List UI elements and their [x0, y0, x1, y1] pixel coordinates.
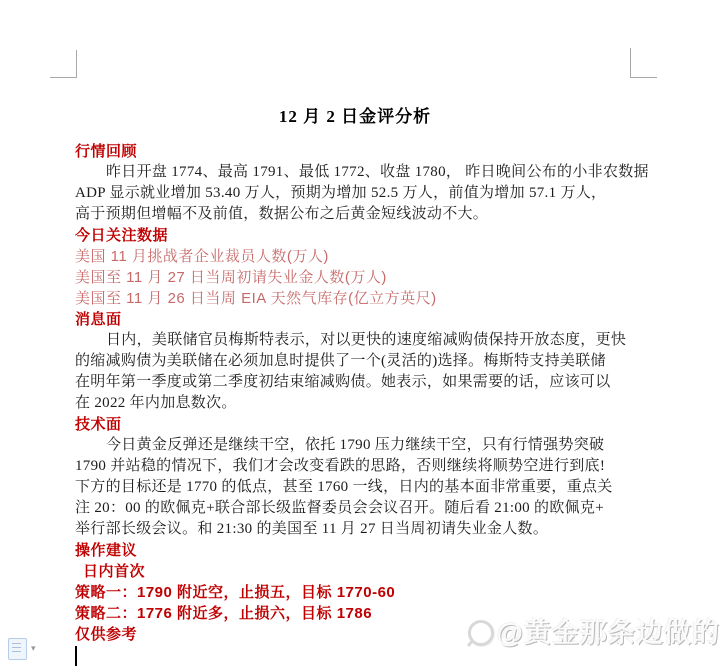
watermark-text: @黄金那条边做的 [497, 617, 720, 649]
document-title: 12 月 2 日金评分析 [75, 103, 635, 130]
clipboard-icon [8, 638, 27, 660]
section-heading-technical: 技术面 [75, 414, 635, 435]
speech-bubble-icon [468, 620, 494, 646]
paragraph-line: 在明年第一季度或第二季度初结束缩减购债。她表示，如果需要的话，应该可以 [75, 372, 635, 393]
advice-subheading: 日内首次 [75, 561, 635, 582]
paragraph-line: 1790 并站稳的情况下，我们才会改变看跌的思路，否则继续将顺势空进行到底! [75, 456, 635, 477]
text-cursor [75, 646, 77, 666]
chevron-down-icon: ▾ [31, 645, 36, 654]
section-heading-news: 消息面 [75, 309, 635, 330]
paragraph-line: 注 20：00 的欧佩克+联合部长级监督委员会会议召开。随后看 21:00 的欧… [75, 498, 635, 519]
section-heading-market-review: 行情回顾 [75, 141, 635, 162]
paste-options-button[interactable]: ▾ [8, 636, 50, 662]
data-item: 美国至 11 月 26 日当周 EIA 天然气库存(亿立方英尺) [75, 288, 635, 309]
strategy-line-1: 策略一：1790 附近空，止损五，目标 1770-60 [75, 582, 635, 603]
paragraph-line: ADP 显示就业增加 53.40 万人，预期为增加 52.5 万人，前值为增加 … [75, 183, 635, 204]
paragraph-line: 昨日开盘 1774、最高 1791、最低 1772、收盘 1780， 昨日晚间公… [75, 162, 635, 183]
section-heading-advice: 操作建议 [75, 540, 635, 561]
watermark: @黄金那条边做的 [468, 617, 720, 649]
document-body[interactable]: 12 月 2 日金评分析 行情回顾 昨日开盘 1774、最高 1791、最低 1… [75, 103, 635, 645]
document-page[interactable]: 12 月 2 日金评分析 行情回顾 昨日开盘 1774、最高 1791、最低 1… [0, 0, 722, 672]
paragraph-line: 下方的目标还是 1770 的低点，甚至 1760 一线，日内的基本面非常重要，重… [75, 477, 635, 498]
section-heading-today-data: 今日关注数据 [75, 225, 635, 246]
paragraph-line: 在 2022 年内加息数次。 [75, 393, 635, 414]
margin-cropmark-topleft [50, 50, 77, 78]
data-item: 美国 11 月挑战者企业裁员人数(万人) [75, 246, 635, 267]
paragraph-line: 举行部长级会议。和 21:30 的美国至 11 月 27 日当周初请失业金人数。 [75, 519, 635, 540]
margin-cropmark-topright [630, 48, 657, 78]
paragraph-line: 高于预期但增幅不及前值，数据公布之后黄金短线波动不大。 [75, 204, 635, 225]
paragraph-line: 今日黄金反弹还是继续干空，依托 1790 压力继续干空，只有行情强势突破 [75, 435, 635, 456]
paragraph-line: 日内，美联储官员梅斯特表示，对以更快的速度缩减购债保持开放态度，更快 [75, 330, 635, 351]
data-item: 美国至 11 月 27 日当周初请失业金人数(万人) [75, 267, 635, 288]
paragraph-line: 的缩减购债为美联储在必须加息时提供了一个(灵活的)选择。梅斯特支持美联储 [75, 351, 635, 372]
